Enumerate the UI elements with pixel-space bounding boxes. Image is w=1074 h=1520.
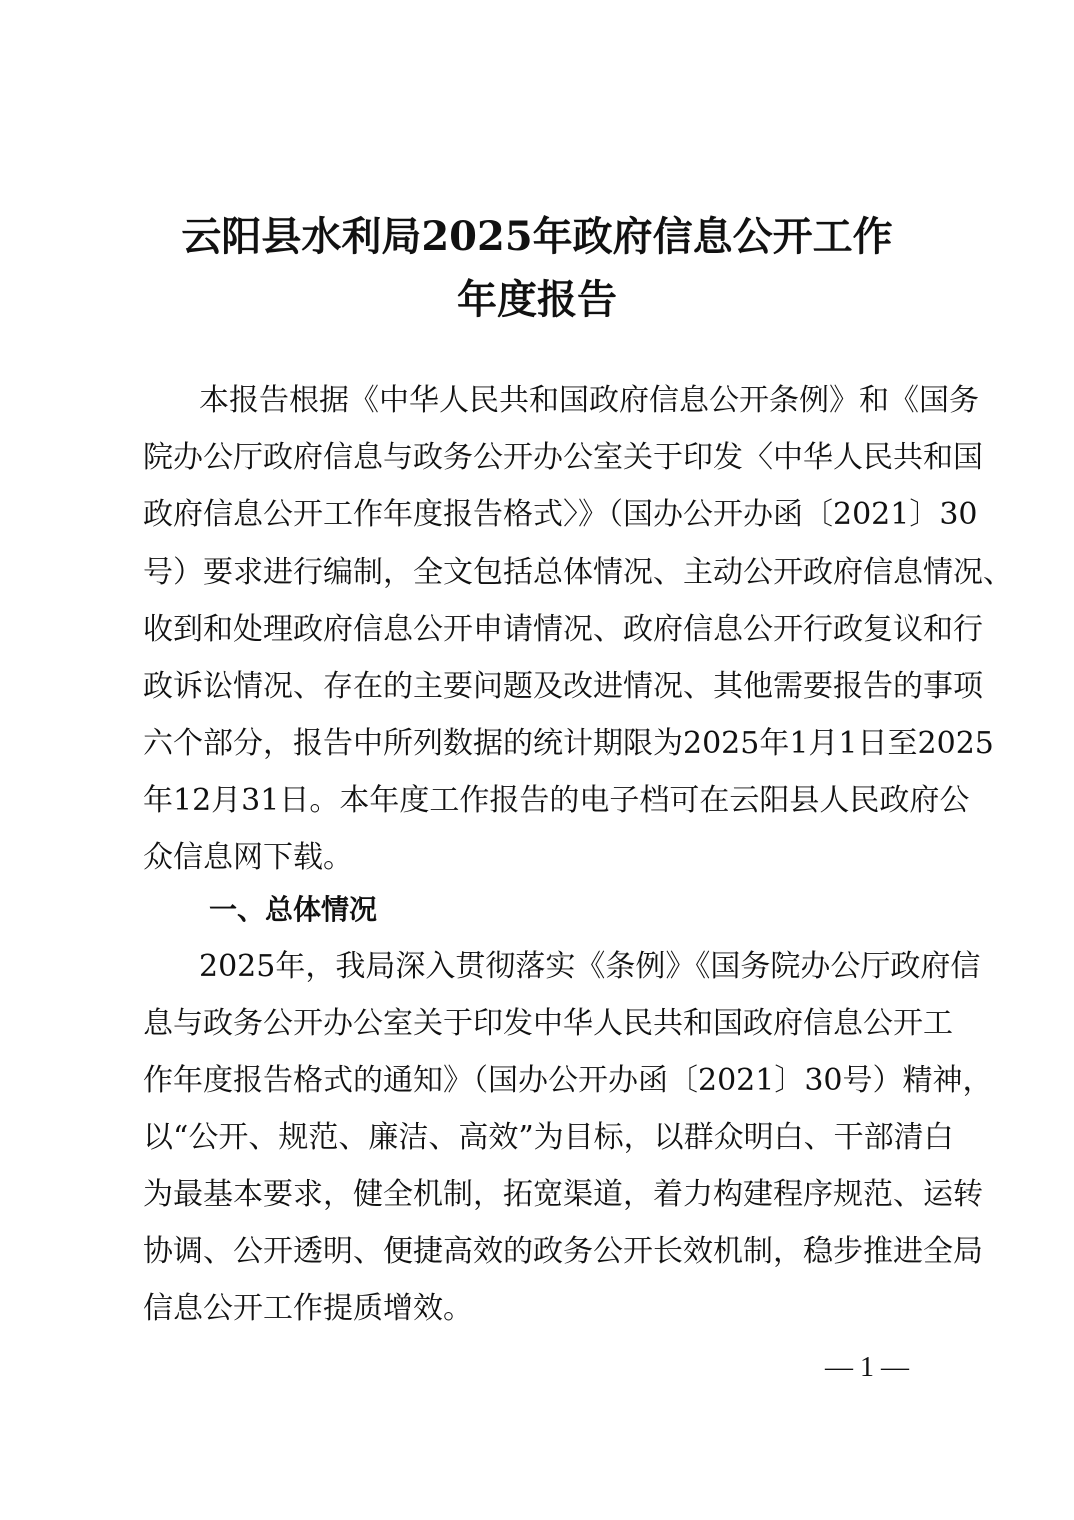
section1-line: 信息公开工作提质增效。 <box>143 1289 938 1329</box>
section1-line: 为最基本要求，健全机制，拓宽渠道，着力构建程序规范、运转 <box>143 1175 938 1215</box>
section1-line: 以“公开、规范、廉洁、高效”为目标，以群众明白、干部清白 <box>143 1118 938 1158</box>
intro-line: 六个部分，报告中所列数据的统计期限为2025年1月1日至2025 <box>143 724 938 764</box>
intro-line: 年12月31日。本年度工作报告的电子档可在云阳县人民政府公 <box>143 781 938 821</box>
document-title-line2: 年度报告 <box>0 268 1074 325</box>
section1-line: 作年度报告格式的通知》（国办公开办函〔2021〕30号）精神， <box>143 1061 938 1101</box>
intro-line: 政府信息公开工作年度报告格式〉》（国办公开办函〔2021〕30 <box>143 495 938 535</box>
intro-line: 本报告根据《中华人民共和国政府信息公开条例》和《国务 <box>199 381 938 421</box>
intro-line: 院办公厅政府信息与政务公开办公室关于印发〈中华人民共和国 <box>143 438 938 478</box>
intro-line: 号）要求进行编制，全文包括总体情况、主动公开政府信息情况、 <box>143 553 938 593</box>
section1-line: 协调、公开透明、便捷高效的政务公开长效机制，稳步推进全局 <box>143 1232 938 1272</box>
section1-line: 2025年，我局深入贯彻落实《条例》《国务院办公厅政府信 <box>199 947 938 987</box>
intro-line: 政诉讼情况、存在的主要问题及改进情况、其他需要报告的事项 <box>143 667 938 707</box>
page-number: — 1 — <box>825 1352 909 1384</box>
intro-line: 收到和处理政府信息公开申请情况、政府信息公开行政复议和行 <box>143 610 938 650</box>
section-heading-overview: 一、总体情况 <box>209 890 377 930</box>
section1-line: 息与政务公开办公室关于印发中华人民共和国政府信息公开工 <box>143 1004 938 1044</box>
document-title-line1: 云阳县水利局2025年政府信息公开工作 <box>0 205 1074 262</box>
intro-line: 众信息网下载。 <box>143 838 938 878</box>
